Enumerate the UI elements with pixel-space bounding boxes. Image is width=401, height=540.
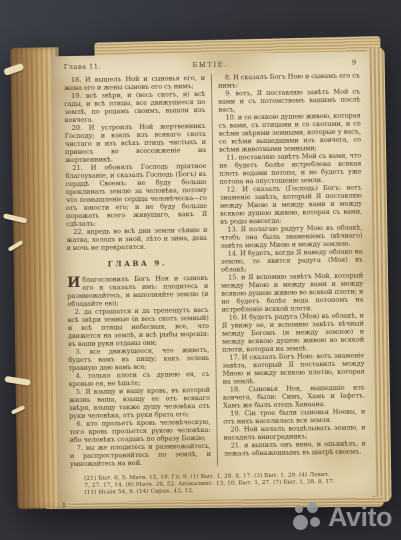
- avito-logo-icon: [293, 502, 323, 532]
- verse: 9. вотъ, Я поставляю завѣтъ Мой съ вами …: [218, 87, 360, 113]
- verse: 15. и Я вспомню завѣтъ Мой, который межд…: [221, 271, 364, 313]
- text-columns: 18. И вышелъ Ной и сыновья его, и жена е…: [64, 71, 366, 468]
- verse: 17. И сказалъ Богъ Ною: вотъ знаменіе за…: [222, 351, 364, 385]
- running-head-chapter: Глава 11.: [64, 62, 162, 72]
- verse: 5. Я взыщу и вашу кровь, въ которой жизн…: [69, 386, 210, 420]
- footnotes: (21) Быт. 6, 5. Матѳ. 15, 19. Гл. 9. (1)…: [70, 463, 366, 499]
- page-number: 9: [259, 58, 360, 68]
- book: Глава 11. БЫТІЕ. 9 18. И вышелъ Ной и сы…: [10, 37, 391, 511]
- verse: 3. все движущееся, что живетъ, будетъ ва…: [68, 346, 209, 372]
- spine-fray: [3, 63, 24, 76]
- verse: 22. впредь во всѣ дни земли сѣяніе и жат…: [66, 226, 207, 252]
- spine-fray: [3, 213, 28, 223]
- verse: 18. Сыновья Ноя, вышедшіе изъ ковчега, б…: [223, 383, 365, 409]
- verse: 20. И устроилъ Ной жертвенникъ Господу; …: [65, 122, 207, 164]
- verse: 21. и выпилъ онъ вина, и опьянѣлъ, и леж…: [224, 439, 366, 457]
- verse-text: благословилъ Богъ Ноя и сыновъ его и ска…: [67, 274, 208, 308]
- chapter9-verses-right: 8. И сказалъ Богъ Ною и сынамъ его съ ни…: [218, 71, 366, 457]
- verse: 2. да страшатся и да трепещутъ васъ всѣ …: [68, 306, 210, 348]
- spine-fray: [8, 240, 24, 252]
- verse: 19. всѣ звѣри, и (весь скотъ, и) всѣ гад…: [64, 90, 205, 124]
- verse: 16. И будетъ радуга (Моя) въ облакѣ, и Я…: [222, 311, 365, 353]
- verse: 11. поставляю завѣтъ Мой съ вами, что не…: [219, 151, 361, 185]
- verse-with-dropcap: Иблагословилъ Богъ Ноя и сыновъ его и ск…: [67, 274, 208, 308]
- verse: 12. И сказалъ (Господь) Богъ: вотъ знаме…: [220, 183, 363, 225]
- chapter9-verses-left: 2. да страшатся и да трепещутъ васъ всѣ …: [68, 306, 211, 468]
- spine-fray: [4, 376, 31, 386]
- page-header: Глава 11. БЫТІЕ. 9: [64, 58, 360, 71]
- text-column-left: 18. И вышелъ Ной и сыновья его, и жена е…: [64, 74, 218, 468]
- avito-watermark: Avito: [293, 502, 392, 532]
- photo-background: Глава 11. БЫТІЕ. 9 18. И вышелъ Ной и сы…: [0, 0, 401, 540]
- chapter-heading: ГЛАВА 9.: [67, 259, 208, 269]
- running-head-title: БЫТІЕ.: [161, 60, 259, 70]
- chapter8-verses: 18. И вышелъ Ной и сыновья его, и жена е…: [64, 74, 208, 252]
- verse: 13. Я полагаю радугу Мою въ облакѣ, чтоб…: [220, 223, 362, 249]
- book-page: Глава 11. БЫТІЕ. 9 18. И вышелъ Ной и сы…: [51, 51, 377, 502]
- verse: 14. И будетъ, когда Я наведу облако на з…: [221, 247, 363, 273]
- verse: 10. и со всякою душею живою, которая съ …: [218, 111, 361, 153]
- spine-fray: [11, 405, 25, 415]
- verse: 21. И обонялъ Господь пріятное благоухан…: [65, 162, 207, 228]
- verse: 7. вы же плодитесь и размножайтесь, и ра…: [70, 442, 211, 468]
- drop-cap: И: [67, 276, 82, 289]
- avito-label: Avito: [328, 502, 392, 532]
- verse: 6. кто прольетъ кровь человѣческую, того…: [69, 418, 210, 444]
- text-column-right: 8. И сказалъ Богъ Ною и сынамъ его съ ни…: [212, 71, 366, 465]
